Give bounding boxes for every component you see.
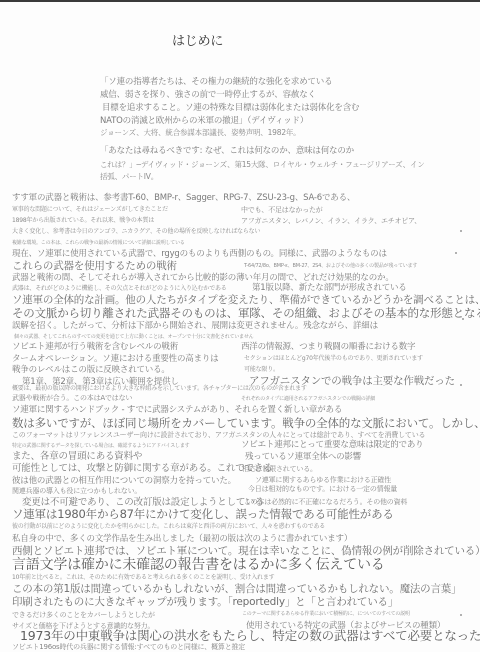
body-line: 言語文学は確かに未確認の報告書をはるかに多く伝えている xyxy=(12,558,385,572)
body-line: 1898年から出版されている。それ以来、戦争の本質は xyxy=(12,218,154,224)
body-line: できるだけ多くのことをカバーしようとしたが xyxy=(12,612,155,619)
body-line: 個々の武器、そしてこれらのすべての変更を通じて上方に動くことは、オープンで十分に… xyxy=(14,335,253,340)
body-line: 可能性としては、攻撃と防御に関する章がある。これでできる xyxy=(12,464,272,474)
scan-speck xyxy=(460,230,462,232)
scan-speck xyxy=(455,252,457,254)
body-line: 印刷されたものに大きなギャップが残ります。「reportedly」と「と言われて… xyxy=(12,597,398,608)
epigraph-line: 「ソ連の指導者たちは、その権力の継続的な強化を求めている xyxy=(100,78,332,87)
body-line: ソビエト連邦が行う戦術を含むレベルの戦術 xyxy=(12,343,178,352)
epigraph-attribution: ジョーンズ、大将、統合参謀本部議長、姿勢声明、1982年。 xyxy=(100,129,301,137)
body-line: 第1版以降、新たな部門が形成されている xyxy=(252,284,407,293)
body-line: 1973年の中東戦争は関心の洪水をもたらし、特定の数の武器はすべて必要となった xyxy=(20,630,480,643)
body-line: ソ連軍は1980年から87年にかけて変化し、誤った情報である可能性がある xyxy=(12,509,394,521)
epigraph-line: 目標を追求すること。ソ連の特殊な目標は弱体化または弱体化を含む xyxy=(102,104,359,113)
body-line: 戦争のレベルはこの版に反映されている。 xyxy=(12,366,170,375)
body-line: 私自身の中で、多くの文学作品を生み出しました（最初の版は次のように書かれています… xyxy=(12,535,352,544)
body-line: 現在、ソ連軍に使用されている武器で、rgygのものよりも西側のもの。同様に、武器… xyxy=(12,250,387,259)
body-line: また、各章の冒頭にある資料や xyxy=(12,452,142,462)
body-line: その文脈から切り離された武器そのものは、軍隊、その組織、およびその基本的な形態と… xyxy=(12,308,480,320)
body-line: すす軍の武器と戦術は、参考書T-60、BMP-r、Sagger、RPG-7、ZS… xyxy=(12,194,355,203)
document-page: はじめに 「ソ連の指導者たちは、その権力の継続的な強化を求めている 威信、弱さを… xyxy=(0,2,480,652)
epigraph-line: 「あなたは尋ねるべきです: なぜ、これは何なのか、意味は何なのか xyxy=(100,147,354,156)
body-line: このテーマに関するあらゆる作業において積極的に、についてのすべての説明 xyxy=(242,612,410,617)
body-line: 関連兵器の導入も役に立つかもしれない。 xyxy=(12,488,141,495)
body-line: これらの武器を使用するための戦術 xyxy=(12,261,177,272)
body-line: 武器や戦術が合う。この本はAではない xyxy=(12,395,132,402)
body-line: 武器と戦術の間、そしてそれらが導入されてから比較的影の薄い年月の間で、どれだけ効… xyxy=(12,274,394,283)
body-line: 大きく変化し、参考書は今日のアンゴラ、ニカラグア、その他の場所を反映しなければな… xyxy=(12,229,260,235)
body-line: ソ連軍に関するあらゆる作業における正確性 xyxy=(255,477,391,484)
scan-speck xyxy=(460,384,462,386)
body-line: 誤解を招く。したがって、分析は下部から開始され、展開は変更されません。残念ながら… xyxy=(12,322,378,331)
epigraph-attribution: これは？」─デイヴィッド・ジョーンズ、第15大隊、ロイヤル・ウェルチ・フュージリ… xyxy=(100,161,425,169)
epigraph-line: 威信、弱さを探り、強さの前で一時停止するが、容赦なく xyxy=(100,91,316,100)
body-line: 可能な限り。 xyxy=(244,367,279,373)
epigraph-line: NATOの消滅と欧州からの米軍の撤退」（デイヴィッド） xyxy=(100,117,308,126)
body-line: 彼の行動が以前にどのように変化したかを明らかにした。これらは東洋と西洋の両方にお… xyxy=(12,524,325,530)
body-line: 複雑な環境。この本は、これらの戦争の最新の情報について詳細に説明している xyxy=(12,241,185,246)
body-line: 特定の武器に関するデータを探している場合は、確認するようにアドバイスします xyxy=(12,444,189,449)
body-line: 彼は他の武器との相互作用についての洞察力を持っていた。 xyxy=(12,477,236,486)
body-line: 中でも、不足はなかったが xyxy=(241,207,323,214)
epigraph-attribution: 括弧、パートIV。 xyxy=(100,173,158,181)
body-line: ソビエト連邦にとって重要な意味は限定的であり xyxy=(241,441,423,450)
body-line: この本は必然的に不正確になるだろう。その他の資料 xyxy=(244,499,407,506)
body-line: 相応に制限されている。 xyxy=(242,466,317,473)
body-line: 数は多いですが、ほぼ同じ場所をカバーしています。戦争の全体的な文脈において。しか… xyxy=(12,418,480,430)
body-line: 概要は、最初の版以降の開発におけるより大きな枠組みを示しています。各チャプターに… xyxy=(12,386,307,392)
body-line: 西洋の情報源、つまり戦闘の順番における数字 xyxy=(241,343,415,352)
scan-speck xyxy=(460,614,462,616)
body-line: 武器は、それがどのように機能し、その欠点とそれがどのように入り込むかである xyxy=(12,286,227,292)
body-line: 西側とソビエト連邦では、ソビエト軍について。現在は幸いなことに、偽情報の例が削除… xyxy=(12,546,480,557)
scan-speck xyxy=(462,318,464,320)
body-line: T-64/72/8o、BMP-ε、BM-27、2S4、およびその他の多くの製品が… xyxy=(244,264,417,269)
body-line: ソ連軍に関するハンドブック - すでに武器システムがあり、それらを置く新しい章が… xyxy=(12,406,342,415)
body-line: 今日は相対的なものです。における一定の情報量 xyxy=(248,486,397,493)
body-line: この本の第1版は間違っているかもしれないが、割合は間違っているかもしれない。魔法… xyxy=(12,584,461,595)
body-line: タームオペレーション。ソ連における重要性の高まりは xyxy=(12,355,218,364)
page-title: はじめに xyxy=(172,35,223,48)
body-line: それぞれのタイプに適用されるアフガニスタンでの戦闘の詳細 xyxy=(241,397,375,402)
body-line: アフガニスタン、レバノン、イラン、イラク、エチオピア、 xyxy=(241,218,421,225)
body-line: 10年前と比べると。これは、そのために有効であると考えられる多くのことを説明し、… xyxy=(12,575,274,581)
body-line: 残っているソ連軍全体への影響 xyxy=(245,453,361,462)
body-line: ソ連軍の全体的な計画。他の人たちがタイプを変えたり、準備ができているかどうかを調… xyxy=(12,295,480,306)
body-line: ソビエト196os時代の兵器に関する情報:すべてのものと同様に、概算と推定 xyxy=(12,644,245,651)
body-line: このフォーマットはリファレンスユーザー向けに設計されており、アフガニスタンの人々… xyxy=(12,432,425,439)
body-line: セクションはほとんどg70年代後半のものであり、更新されています xyxy=(244,356,423,362)
body-line: 軍事的な問題について、それはジェーンズがしてきたことだ xyxy=(12,207,168,213)
